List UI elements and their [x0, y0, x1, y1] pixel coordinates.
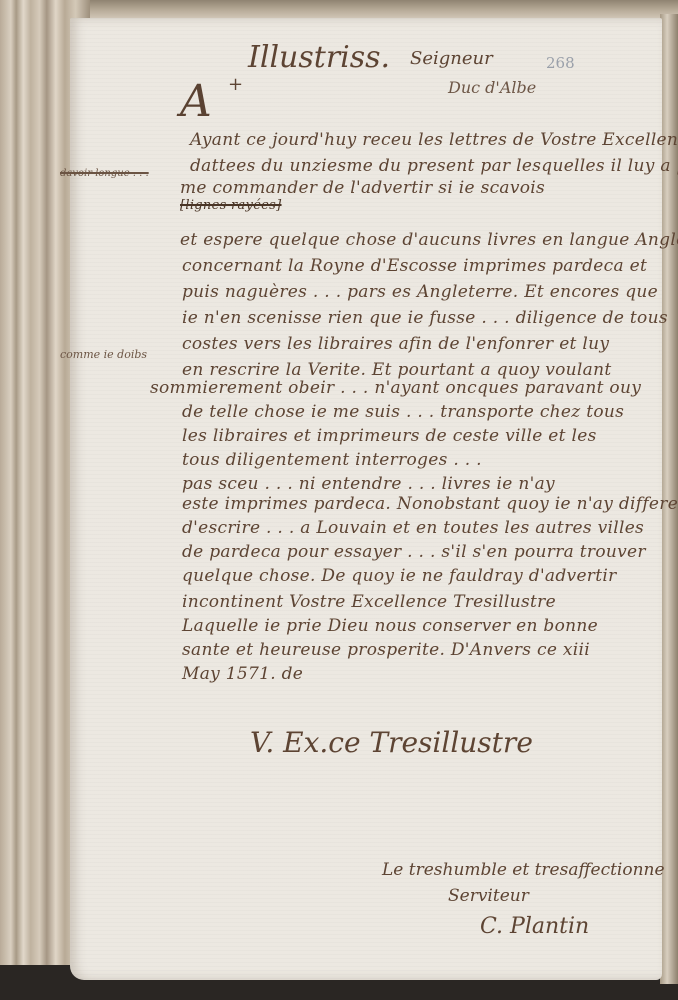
closing-subscription: Le treshumble et tresaffectionne: [382, 860, 665, 880]
body-line: este imprimes pardeca. Nonobstant quoy i…: [182, 494, 678, 514]
body-line: May 1571. de: [182, 664, 303, 684]
margin-note: comme ie doibs: [60, 348, 147, 361]
body-line: quelque chose. De quoy ie ne fauldray d'…: [182, 566, 617, 586]
body-line: de telle chose ie me suis . . . transpor…: [182, 402, 624, 422]
body-line: de pardeca pour essayer . . . s'il s'en …: [182, 542, 646, 562]
body-line: sante et heureuse prosperite. D'Anvers c…: [182, 640, 590, 660]
body-line-struck: [lignes rayées]: [180, 198, 282, 213]
heading-title: Seigneur: [410, 48, 493, 69]
body-line: costes vers les libraires afin de l'enfo…: [182, 334, 609, 354]
margin-mark: +: [228, 74, 243, 95]
body-line: puis naguères . . . pars es Angleterre. …: [182, 282, 658, 302]
signature: C. Plantin: [480, 914, 589, 939]
body-line: et espere quelque chose d'aucuns livres …: [180, 230, 678, 250]
manuscript-page: Illustriss. Seigneur Duc d'Albe 268 A + …: [70, 18, 662, 980]
body-line: ie n'en scenisse rien que ie fusse . . .…: [182, 308, 668, 328]
body-line: d'escrire . . . a Louvain et en toutes l…: [182, 518, 644, 538]
book-top-edge: [0, 0, 678, 20]
body-line: Laquelle ie prie Dieu nous conserver en …: [182, 616, 598, 636]
body-line: en rescrire la Verite. Et pourtant a quo…: [182, 360, 611, 380]
body-line: les libraires et imprimeurs de ceste vil…: [182, 426, 597, 446]
body-line: pas sceu . . . ni entendre . . . livres …: [182, 474, 555, 494]
addressee-note: Duc d'Albe: [448, 78, 536, 97]
margin-note: davoir longue . . .: [60, 168, 149, 179]
folio-number: 268: [546, 54, 575, 72]
salutation: Illustriss.: [248, 40, 390, 75]
body-line: Ayant ce jourd'huy receu les lettres de …: [190, 130, 678, 150]
initial-letter: A: [180, 76, 212, 127]
body-line: tous diligentement interroges . . .: [182, 450, 482, 470]
body-line: incontinent Vostre Excellence Tresillust…: [182, 592, 556, 612]
closing-servant: Serviteur: [448, 886, 529, 906]
closing-address: V. Ex.ce Tresillustre: [250, 726, 533, 759]
body-line: dattees du unziesme du present par lesqu…: [190, 156, 678, 176]
body-line: me commander de l'advertir si ie scavois: [180, 178, 545, 198]
body-line: sommierement obeir . . . n'ayant oncques…: [150, 378, 641, 398]
body-line: concernant la Royne d'Escosse imprimes p…: [182, 256, 647, 276]
